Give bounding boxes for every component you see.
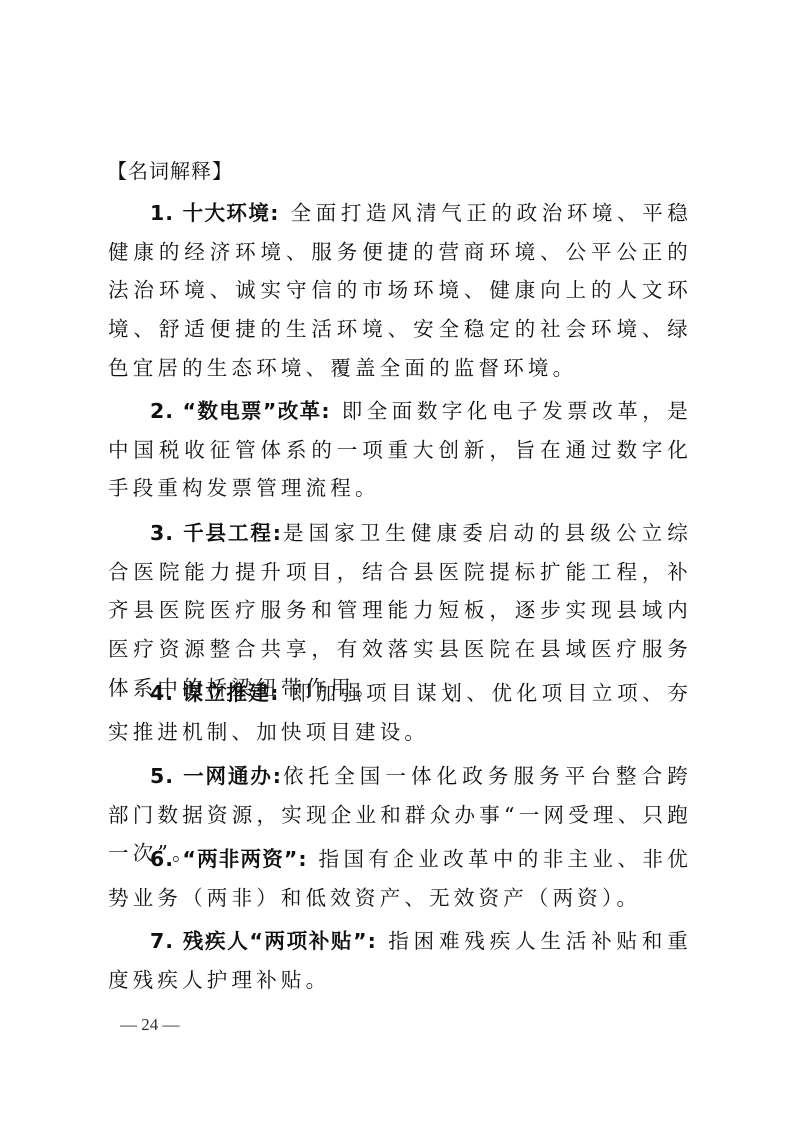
definition-term: 6. “两非两资”: [150, 847, 308, 871]
definition-item-7: 7. 残疾人“两项补贴”: 指困难残疾人生活补贴和重度残疾人护理补贴。 [108, 922, 692, 999]
definition-item-6: 6. “两非两资”: 指国有企业改革中的非主业、非优势业务（两非）和低效资产、无… [108, 840, 692, 917]
definition-term: 1. 十大环境: [150, 201, 279, 225]
document-page: 【名词解释】 1. 十大环境: 全面打造风清气正的政治环境、平稳健康的经济环境、… [0, 0, 793, 1122]
definition-item-2: 2. “数电票”改革: 即全面数字化电子发票改革，是中国税收征管体系的一项重大创… [108, 392, 692, 508]
definition-item-1: 1. 十大环境: 全面打造风清气正的政治环境、平稳健康的经济环境、服务便捷的营商… [108, 194, 692, 388]
definition-term: 3. 千县工程: [150, 521, 282, 545]
definition-term: 2. “数电票”改革: [150, 399, 331, 423]
definition-text: 全面打造风清气正的政治环境、平稳健康的经济环境、服务便捷的营商环境、公平公正的法… [108, 201, 692, 380]
definition-term: 5. 一网通办: [150, 764, 282, 788]
section-heading: 【名词解释】 [107, 156, 233, 186]
page-number: — 24 — [120, 1015, 180, 1035]
definition-text: 是国家卫生健康委启动的县级公立综合医院能力提升项目，结合县医院提标扩能工程，补齐… [108, 521, 692, 700]
definition-term: 4. 谋立推建: [150, 681, 279, 705]
definition-item-4: 4. 谋立推建: 即加强项目谋划、优化项目立项、夯实推进机制、加快项目建设。 [108, 674, 692, 751]
definition-term: 7. 残疾人“两项补贴”: [150, 929, 377, 953]
